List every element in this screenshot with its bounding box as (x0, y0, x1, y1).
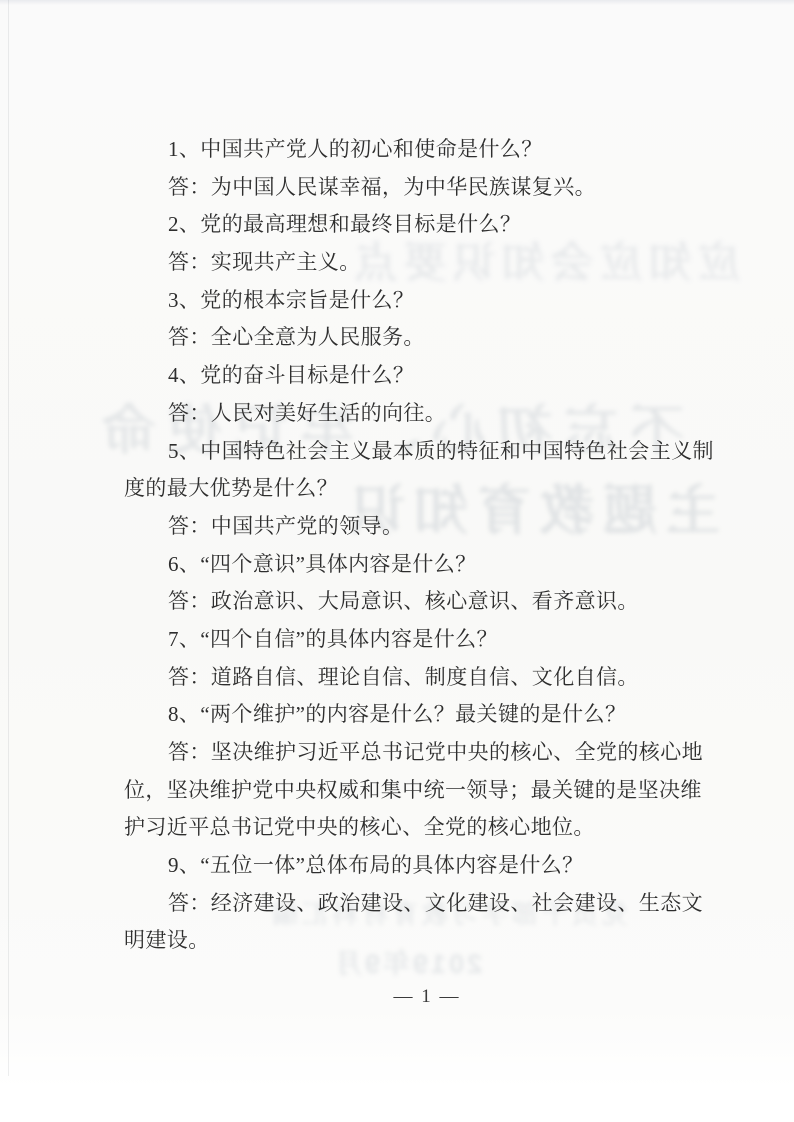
question-line-5: 度的最大优势是什么？ (124, 470, 716, 508)
question-line-7: 7、“四个自信”的具体内容是什么？ (124, 621, 716, 659)
scanned-document-page: 应知应会知识要点 不忘初心、牢记使命 主题教育知识 党员干部学习教育材料汇编 2… (0, 0, 794, 1122)
answer-line-8: 位，坚决维护党中央权威和集中统一领导；最关键的是坚决维 (124, 772, 716, 810)
question-line-8: 8、“两个维护”的内容是什么？最关键的是什么？ (124, 696, 716, 734)
answer-line-8: 答：坚决维护习近平总书记党中央的核心、全党的核心地 (124, 734, 716, 772)
question-line-6: 6、“四个意识”具体内容是什么？ (124, 546, 716, 584)
question-line-3: 3、党的根本宗旨是什么？ (124, 282, 716, 320)
question-line-1: 1、中国共产党人的初心和使命是什么？ (124, 131, 716, 169)
answer-line-2: 答：实现共产主义。 (124, 244, 716, 282)
question-line-5: 5、中国特色社会主义最本质的特征和中国特色社会主义制 (124, 433, 716, 471)
scan-edge-shadow (8, 0, 9, 1076)
question-line-4: 4、党的奋斗目标是什么？ (124, 357, 716, 395)
answer-line-7: 答：道路自信、理论自信、制度自信、文化自信。 (124, 659, 716, 697)
page-number: — 1 — (30, 986, 794, 1008)
document-body: 1、中国共产党人的初心和使命是什么？答：为中国人民谋幸福，为中华民族谋复兴。2、… (124, 131, 716, 960)
question-line-2: 2、党的最高理想和最终目标是什么？ (124, 206, 716, 244)
question-line-9: 9、“五位一体”总体布局的具体内容是什么？ (124, 847, 716, 885)
answer-line-1: 答：为中国人民谋幸福，为中华民族谋复兴。 (124, 169, 716, 207)
answer-line-3: 答：全心全意为人民服务。 (124, 319, 716, 357)
answer-line-5: 答：中国共产党的领导。 (124, 508, 716, 546)
answer-line-8: 护习近平总书记党中央的核心、全党的核心地位。 (124, 809, 716, 847)
answer-line-4: 答：人民对美好生活的向往。 (124, 395, 716, 433)
answer-line-9: 明建设。 (124, 922, 716, 960)
answer-line-9: 答：经济建设、政治建设、文化建设、社会建设、生态文 (124, 885, 716, 923)
answer-line-6: 答：政治意识、大局意识、核心意识、看齐意识。 (124, 583, 716, 621)
